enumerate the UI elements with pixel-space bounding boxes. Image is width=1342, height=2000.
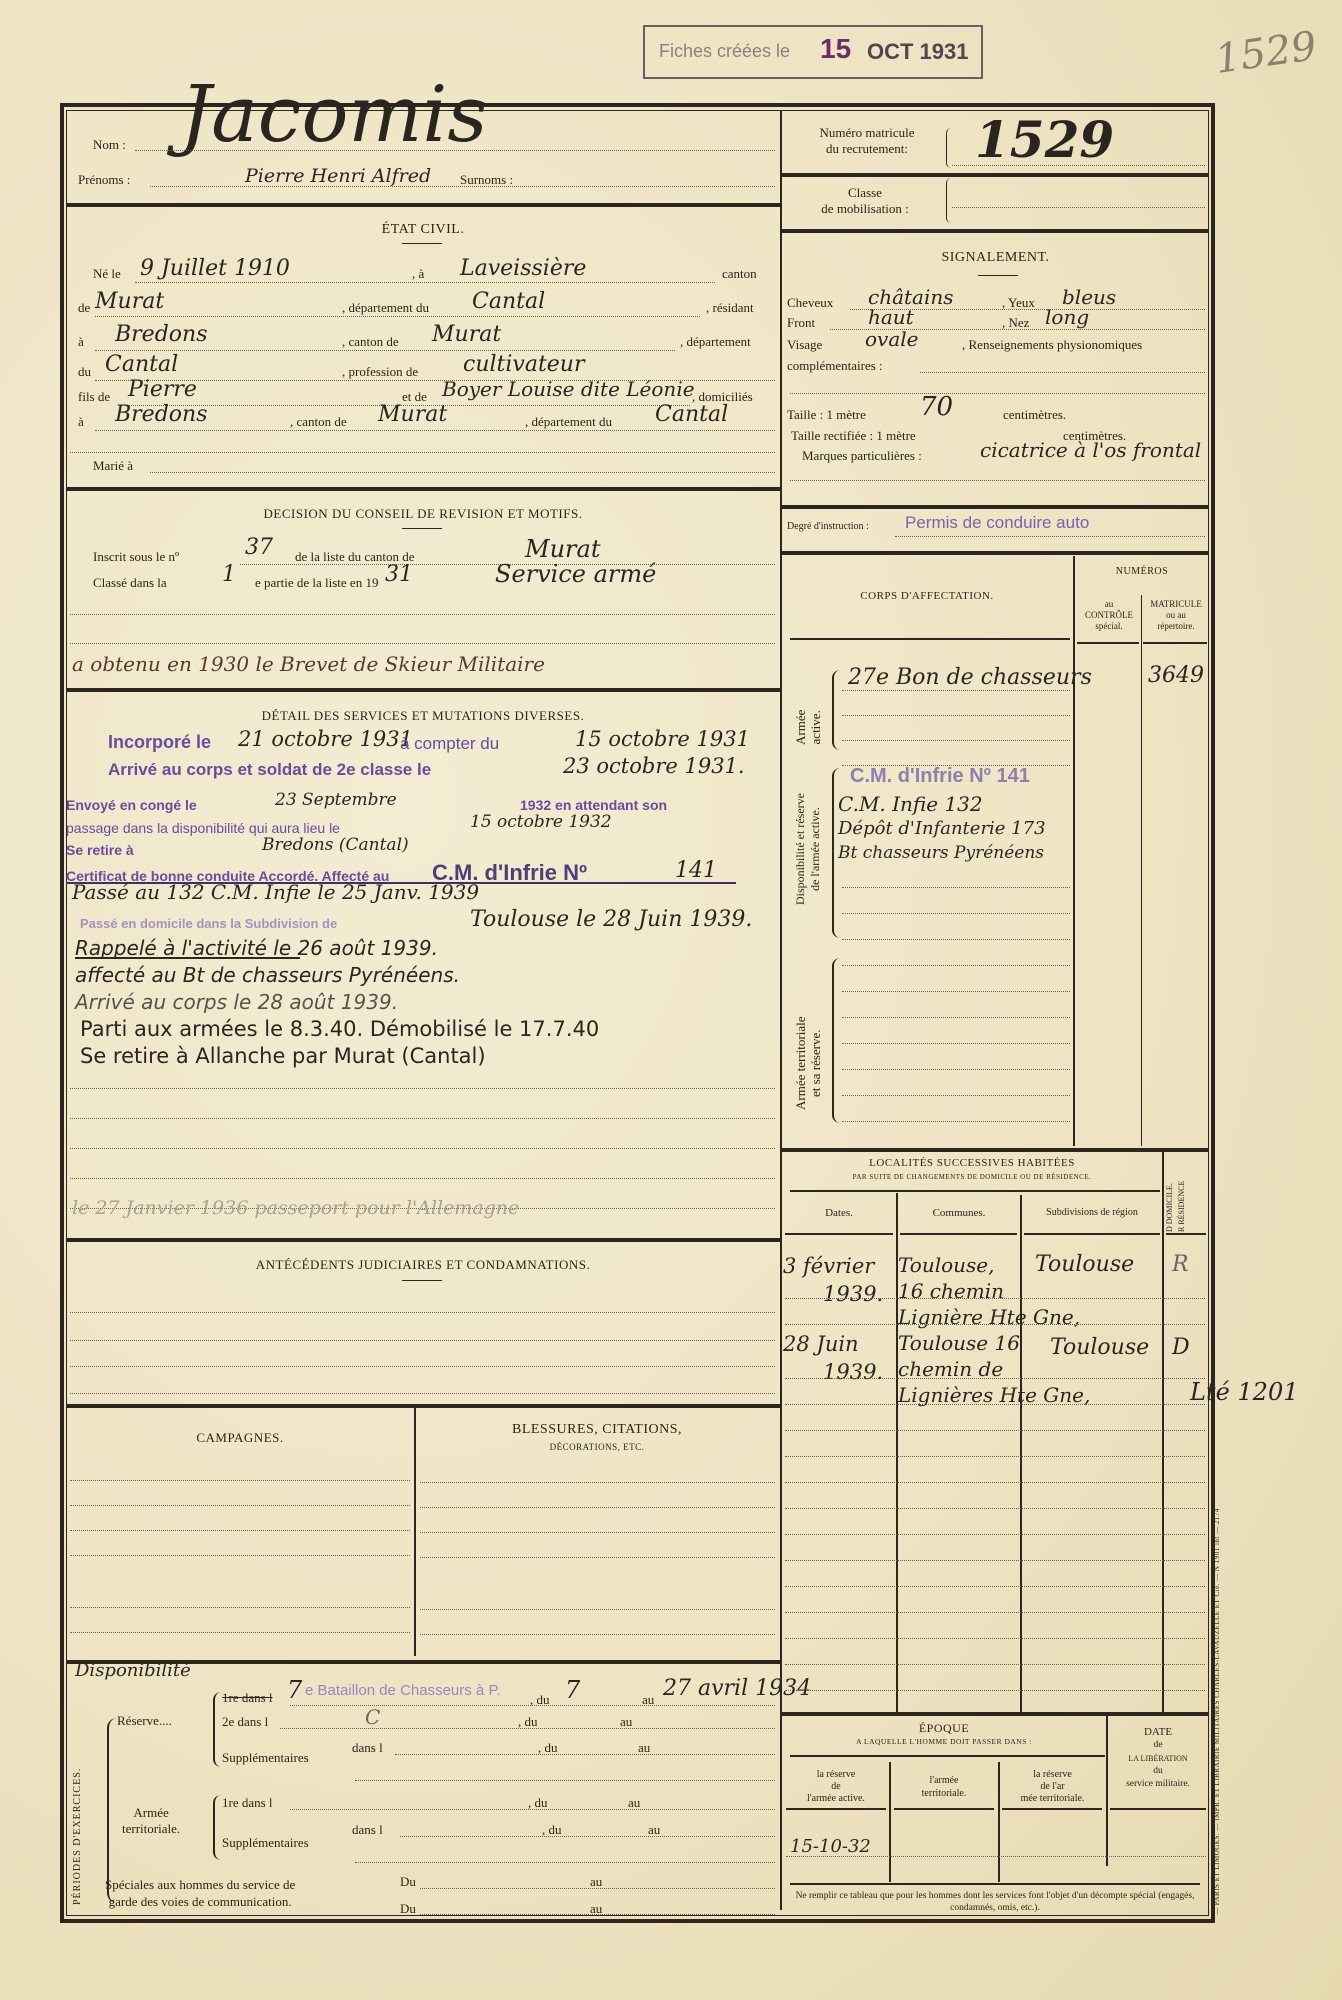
stamp-label: Fiches créées le [659, 41, 790, 62]
terr-supp-label: Supplémentaires [222, 1835, 309, 1851]
cm-number: 141 [675, 858, 717, 883]
matricule-repertoire: 3649 [1148, 663, 1204, 688]
disponibilite-label: Disponibilité et réservede l'armée activ… [793, 793, 823, 905]
terr-supp-dans: dans l [352, 1822, 383, 1838]
numeros-title: NUMÉROS [1075, 566, 1209, 577]
taille-value: 70 [920, 392, 953, 422]
arrive-date: 23 octobre 1931. [563, 754, 745, 778]
reserve-line1-hand: 7 [287, 1676, 302, 1704]
retire-place: Bredons (Cantal) [262, 835, 409, 855]
passage-label: passage dans la disponibilité qui aura l… [66, 820, 340, 836]
birth-canton: Murat [95, 289, 164, 314]
stamp-month-year: OCT 1931 [867, 39, 969, 65]
birth-department: Cantal [472, 289, 545, 314]
localite-row-1-subdivision: Toulouse [1035, 1252, 1134, 1277]
service-note-1: Passé au 132 C.M. Infie le 25 Janv. 1939 [72, 880, 479, 904]
speciales-label: Spéciales aux hommes du service de garde… [105, 1876, 295, 1910]
marques-label: Marques particulières : [802, 448, 922, 464]
bataillon-stamp: e Bataillon de Chasseurs à P. [305, 1682, 501, 1699]
canton-de2-label: , canton de [290, 414, 347, 430]
departement2-label: , département [680, 334, 751, 350]
decision-title: DECISION DU CONSEIL DE REVISION ET MOTIF… [66, 506, 780, 522]
margin-note: Lté 1201 [1190, 1378, 1299, 1406]
departement-label: , département du [342, 300, 429, 316]
profession: cultivateur [463, 352, 585, 377]
localites-subtitle: PAR SUITE DE CHANGEMENTS DE DOMICILE OU … [782, 1173, 1162, 1181]
printer-imprint: — PARIS ET LIMOGES. — IMPR. ET LIBRAIRIE… [1213, 1508, 1221, 1915]
antecedents-title: ANTÉCÉDENTS JUDICIAIRES ET CONDAMNATIONS… [66, 1257, 780, 1273]
reserve-supp-dans: dans l [352, 1740, 383, 1756]
service-note-7: Se retire à Allanche par Murat (Cantal) [80, 1044, 486, 1068]
dispo-entry-4: Bt chasseurs Pyrénéens [838, 843, 1044, 863]
parents-canton: Murat [378, 402, 447, 427]
col-communes-header: Communes. [898, 1207, 1020, 1219]
liste-canton: Murat [525, 535, 600, 563]
reserve-line1-label: 1re dans l [222, 1690, 273, 1706]
visage-label: Visage [787, 337, 822, 353]
marie-label: Marié à [93, 458, 133, 474]
a3-label: à [78, 414, 84, 430]
service-note-6: Parti aux armées le 8.3.40. Démobilisé l… [80, 1017, 599, 1041]
col-matricule-header: MATRICULEou aurépertoire. [1143, 599, 1209, 632]
canton-de-label: , canton de [342, 334, 399, 350]
col-subdivisions-header: Subdivisions de région [1022, 1207, 1162, 1218]
partie-suffix: e partie de la liste en 19 [255, 575, 378, 591]
mother-name: Boyer Louise dite Léonie [442, 377, 695, 401]
conge-suffix: 1932 en attendant son [520, 797, 667, 813]
epoque-col-1-header: la réservedel'armée active. [784, 1769, 888, 1805]
reserve-line1-du: 7 [565, 1676, 580, 1704]
armee-active-label: Arméeactive. [793, 710, 823, 745]
dispo-entry-2: C.M. Infie 132 [838, 792, 983, 816]
residant-label: , résidant [706, 300, 754, 316]
dispo-entry-1: C.M. d'Infrie Nº 141 [850, 765, 1030, 788]
centimetres-label: centimètres. [1003, 407, 1066, 423]
taille-label: Taille : 1 mètre [787, 407, 866, 423]
stamp-day: 15 [820, 33, 851, 65]
renseignements-label: , Renseignements physionomiques [962, 337, 1142, 353]
localite-row-2-subdivision: Toulouse [1050, 1335, 1149, 1360]
reserve-line1-au: 27 avril 1934 [663, 1676, 811, 1701]
taille-rectifiee-label: Taille rectifiée : 1 mètre [791, 428, 916, 444]
parents-domicile: Bredons [115, 402, 208, 427]
speciales-du-1: Du [400, 1874, 416, 1890]
dispo-entry-3: Dépôt d'Infanterie 173 [838, 818, 1046, 839]
service-note-5: Arrivé au corps le 28 août 1939. [75, 990, 398, 1014]
services-title: DÉTAIL DES SERVICES ET MUTATIONS DIVERSE… [66, 708, 780, 724]
conge-label: Envoyé en congé le [66, 797, 197, 813]
armee-territoriale-label: Armée territoriale. [122, 1805, 180, 1837]
reserve-label: Réserve.... [117, 1713, 172, 1729]
prenoms-value: Pierre Henri Alfred [245, 165, 431, 187]
corner-number: 1529 [1212, 23, 1319, 83]
nom-value: Jacomis [180, 70, 487, 160]
classe-label: Classe de mobilisation : [800, 185, 930, 217]
nez-value: long [1045, 305, 1089, 329]
epoque-footnote: Ne remplir ce tableau que pour les homme… [790, 1890, 1200, 1914]
decision-note: a obtenu en 1930 le Brevet de Skieur Mil… [72, 652, 545, 676]
inscrit-number: 37 [245, 535, 273, 560]
service-note-2: Toulouse le 28 Juin 1939. [470, 907, 752, 932]
departement3-label: , département du [525, 414, 612, 430]
reserve-active-date: 15-10-32 [790, 1836, 871, 1857]
classe-annee: 31 [385, 562, 413, 587]
father-name: Pierre [128, 377, 197, 402]
birth-place: Laveissière [460, 256, 586, 281]
armee-active-entry: 27e Bon de chasseurs [848, 665, 1092, 690]
a-compter-label: à compter du [400, 734, 499, 754]
service-note-4: affecté au Bt de chasseurs Pyrénéens. [75, 963, 460, 987]
conge-date: 23 Septembre [275, 790, 397, 810]
nom-label: Nom : [93, 137, 126, 153]
prenoms-label: Prénoms : [78, 172, 130, 188]
marques-value: cicatrice à l'os frontal [980, 438, 1201, 462]
degre-label: Degré d'instruction : [787, 521, 869, 532]
fils-de-label: fils de [78, 389, 110, 405]
creation-stamp: Fiches créées le 15 OCT 1931 [643, 25, 983, 79]
service-type: Service armé [495, 560, 656, 588]
matricule-number: 1529 [975, 110, 1114, 169]
incorpore-date: 21 octobre 1931 [238, 727, 413, 751]
birth-date: 9 Juillet 1910 [140, 256, 290, 281]
terr-line1-label: 1re dans l [222, 1795, 273, 1811]
residence-canton: Murat [432, 322, 501, 347]
campagnes-title: CAMPAGNES. [66, 1430, 414, 1446]
complementaires-label: complémentaires : [787, 358, 883, 374]
reserve-line2-hand: C [365, 1705, 380, 1729]
localites-title: LOCALITÉS SUCCESSIVES HABITÉES [782, 1157, 1162, 1169]
epoque-subtitle: A LAQUELLE L'HOMME DOIT PASSER DANS : [782, 1737, 1106, 1746]
du-label: du [78, 364, 91, 380]
speciales-du-2: Du [400, 1901, 416, 1917]
residence: Bredons [115, 322, 208, 347]
territoriale-label: Armée territorialeet sa réserve. [793, 1017, 823, 1110]
epoque-col-2-header: l'arméeterritoriale. [891, 1774, 997, 1800]
localite-row-1-date: 3 février1939. [783, 1252, 883, 1308]
domicile-stamp: Passé en domicile dans la Subdivision de [80, 916, 337, 931]
partie-number: 1 [222, 562, 236, 587]
corps-title: CORPS D'AFFECTATION. [782, 590, 1072, 602]
passport-note: le 27 Janvier 1936 passeport pour l'Alle… [72, 1197, 519, 1219]
blessures-title: BLESSURES, CITATIONS, [416, 1422, 778, 1438]
col-controle-header: auCONTRÔLEspécial. [1077, 599, 1141, 632]
inscrit-label: Inscrit sous le nº [93, 549, 179, 565]
a-label: , à [412, 266, 424, 282]
periodes-side-label: PÉRIODES D'EXERCICES. [72, 1768, 83, 1905]
canton-label: canton [722, 266, 757, 282]
blessures-subtitle: DÉCORATIONS, ETC. [416, 1442, 778, 1452]
epoque-title: ÉPOQUE [782, 1721, 1106, 1736]
col-dr-header: D DOMICILE.R RÉSIDENCE [1164, 1181, 1188, 1232]
localite-row-1-dr: R [1172, 1252, 1189, 1277]
degre-stamp: Permis de conduire auto [905, 513, 1089, 533]
parents-department: Cantal [655, 402, 728, 427]
residence-department: Cantal [105, 352, 178, 377]
passage-date: 15 octobre 1932 [470, 812, 612, 832]
a2-label: à [78, 334, 84, 350]
arrive-label: Arrivé au corps et soldat de 2e classe l… [108, 760, 431, 780]
front-value: haut [868, 305, 914, 329]
de-label: de [78, 300, 90, 316]
visage-value: ovale [865, 327, 919, 351]
etat-civil-title: ÉTAT CIVIL. [66, 222, 780, 238]
front-label: Front [787, 315, 815, 331]
incorpore-label: Incorporé le [108, 732, 211, 753]
compter-date: 15 octobre 1931 [575, 727, 750, 751]
epoque-col-3-header: la réservede l'armée territoriale. [1000, 1769, 1105, 1805]
ne-le-label: Né le [93, 266, 121, 282]
record-sheet: Fiches créées le 15 OCT 1931 1529 Jacomi… [0, 0, 1342, 2000]
col-dates-header: Dates. [782, 1207, 896, 1219]
reserve-line2-label: 2e dans l [222, 1714, 268, 1730]
liberation-header: DATEdeLA LIBÉRATIONduservice militaire. [1108, 1726, 1208, 1791]
disponibilite-hand: Disponibilité [75, 1660, 191, 1681]
classe-dans-label: Classé dans la [93, 575, 167, 591]
reserve-supp-label: Supplémentaires [222, 1750, 309, 1766]
matricule-label: Numéro matricule du recrutement: [792, 125, 942, 157]
profession-label: , profession de [342, 364, 418, 380]
cheveux-label: Cheveux [787, 295, 833, 311]
retire-label: Se retire à [66, 842, 134, 858]
signalement-title: SIGNALEMENT. [782, 250, 1209, 266]
localite-row-2-dr: D [1172, 1335, 1190, 1360]
